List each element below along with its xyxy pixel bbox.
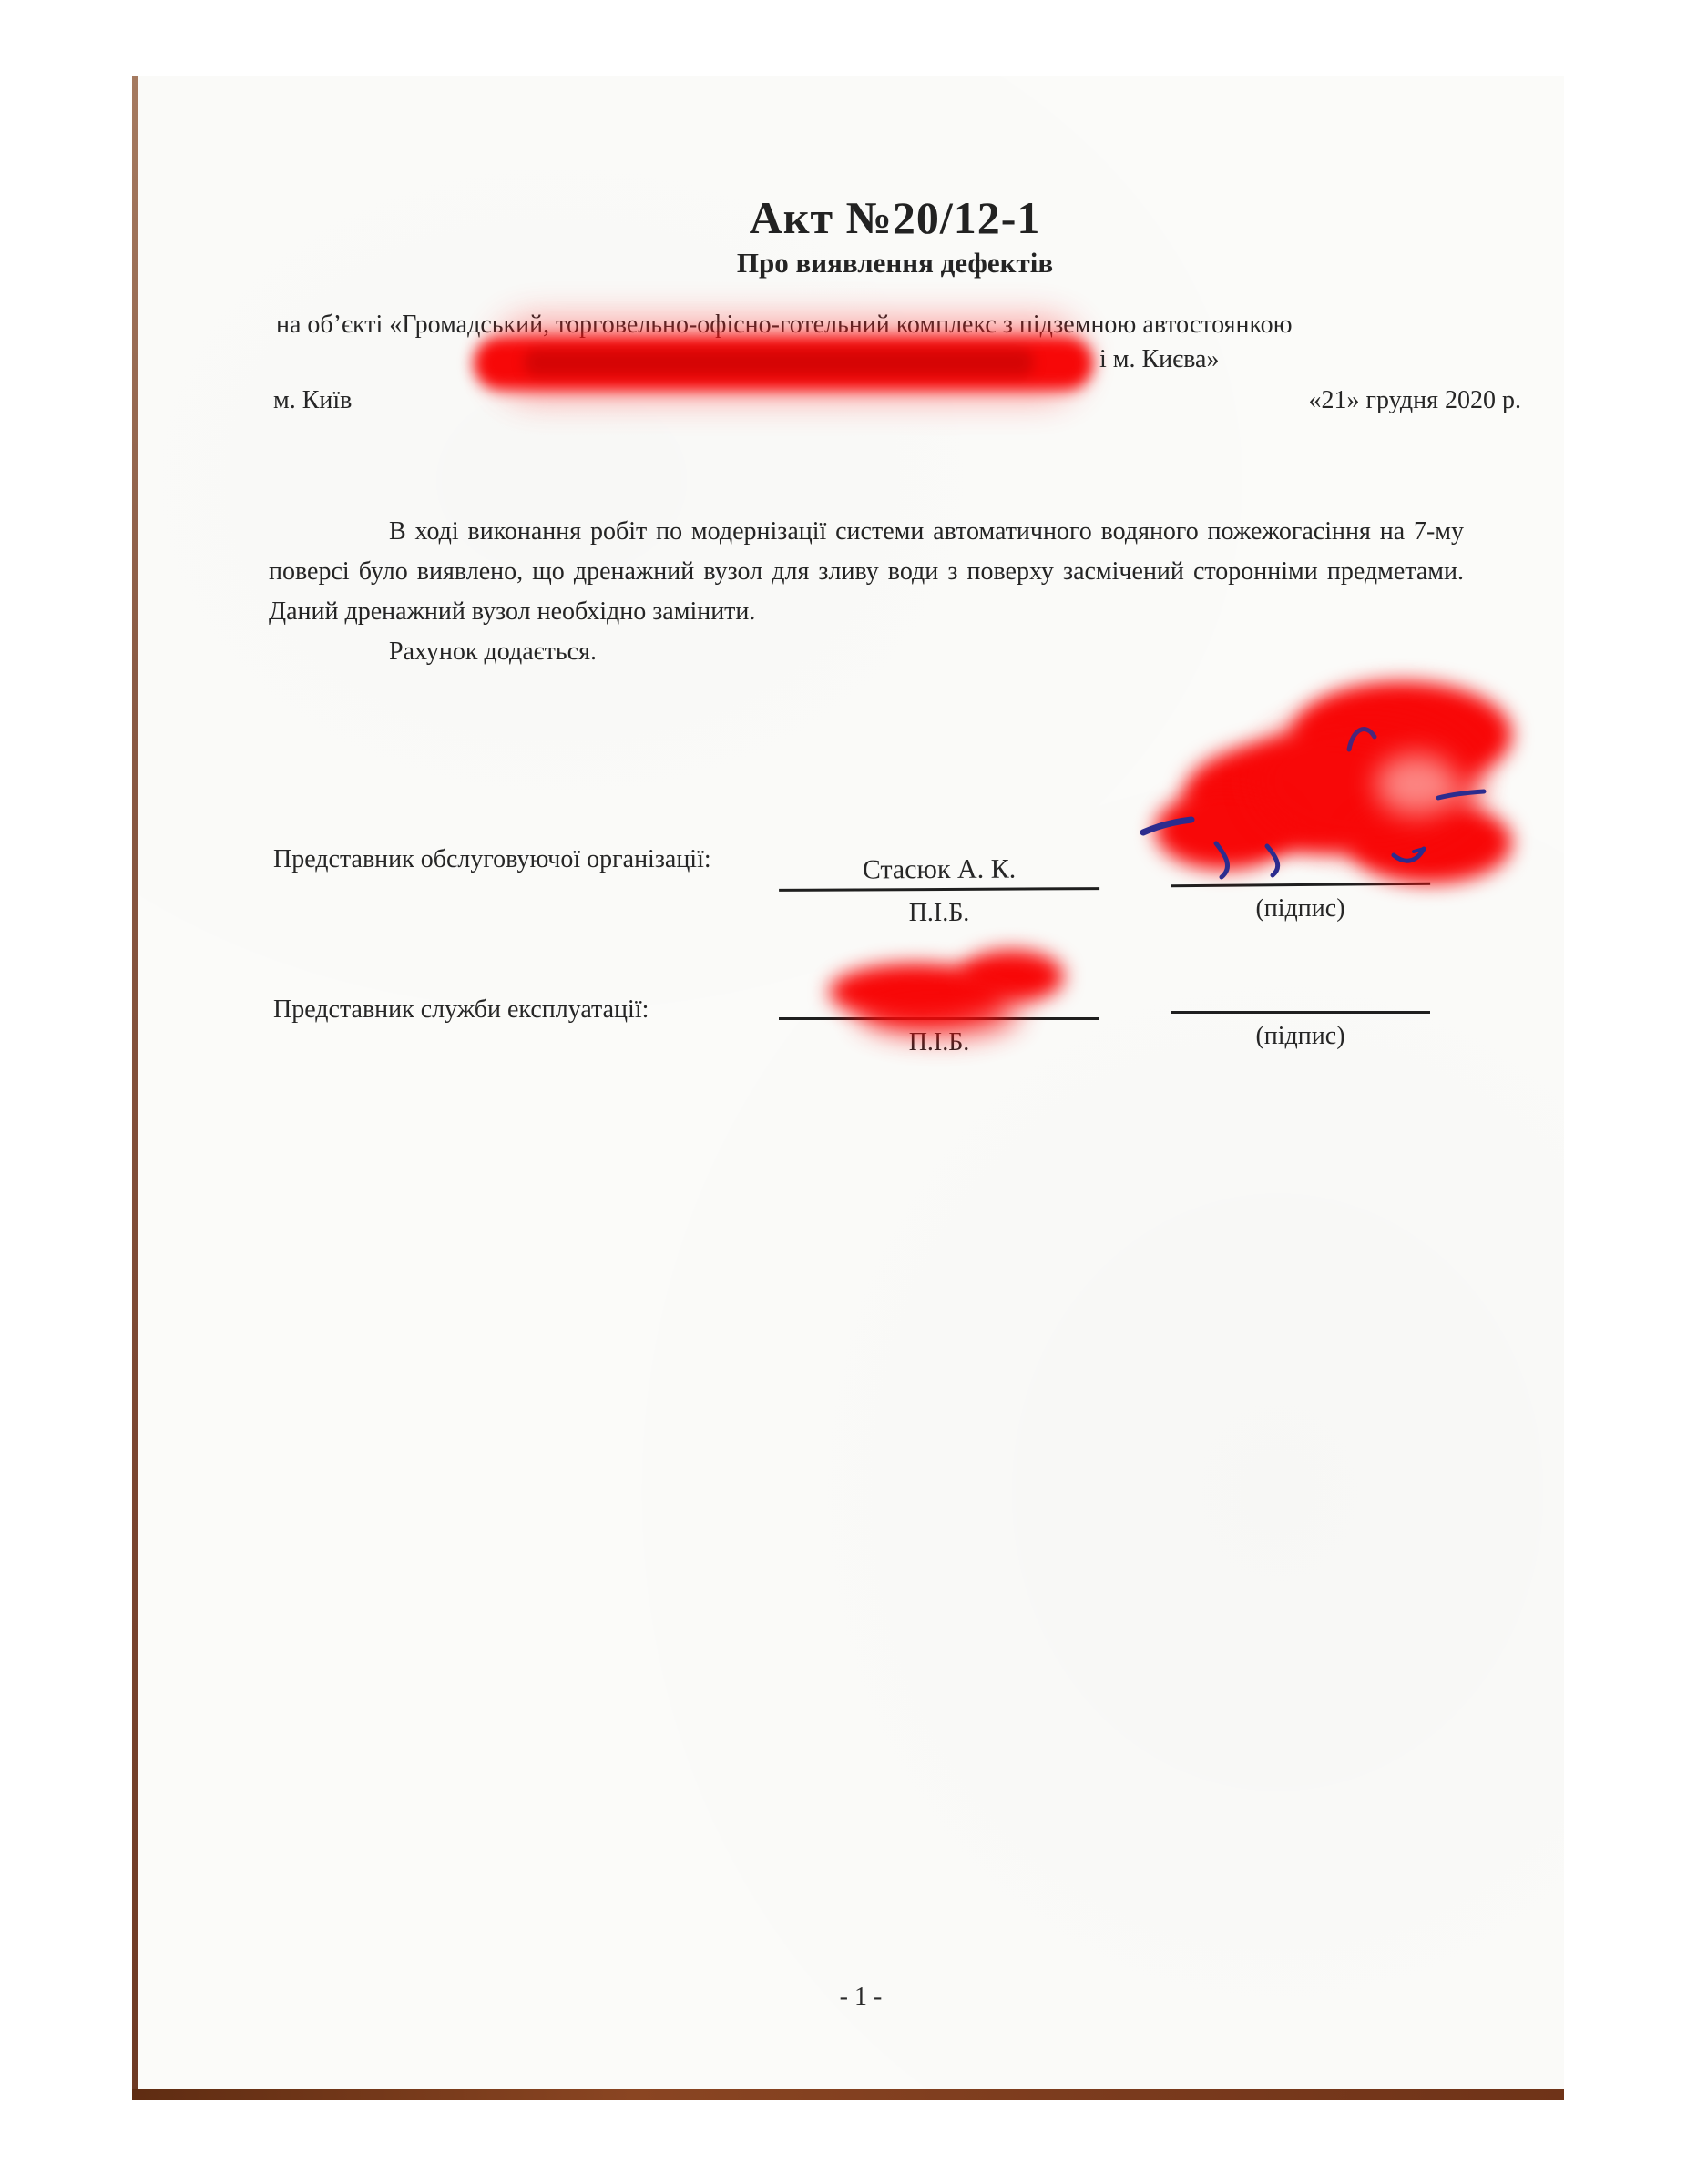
date-label: «21» грудня 2020 р. [1309, 386, 1521, 415]
redaction-address-smudge [524, 349, 1034, 376]
redaction-address-bar [474, 337, 1093, 390]
body-text: В ході виконання робіт по модернізації с… [269, 512, 1464, 672]
city-date-row: м. Київ «21» грудня 2020 р. [273, 386, 1521, 415]
signature-caption-1: (підпис) [1171, 894, 1430, 924]
signatory-role-2: Представник служби експлуатації: [273, 995, 649, 1025]
signatory-name-cell-2: П.І.Б. [779, 981, 1099, 1057]
signature-caption-2: (підпис) [1171, 1022, 1430, 1051]
redaction-light-spot [1375, 754, 1457, 815]
document-content: Акт №20/12-1 Про виявлення дефектів на о… [269, 76, 1521, 2099]
signatory-role-1: Представник обслуговуючої організації: [273, 845, 711, 874]
signature-cell-1: (підпис) [1171, 854, 1430, 924]
signature-underline-1 [1171, 853, 1430, 887]
address-visible-text: і м. Києва» [1099, 345, 1219, 374]
signature-cell-2: (підпис) [1171, 982, 1430, 1051]
body-paragraph: В ході виконання робіт по модернізації с… [269, 512, 1464, 632]
document-title: Акт №20/12-1 [269, 191, 1521, 244]
signatory-name-2 [779, 981, 1099, 1020]
signature-underline-2 [1171, 982, 1430, 1014]
signatory-name-cell-1: Стасюк А. К. П.І.Б. [779, 852, 1099, 928]
signatory-name-1: Стасюк А. К. [779, 851, 1099, 892]
body-note: Рахунок додається. [269, 632, 1464, 672]
city-label: м. Київ [273, 386, 352, 415]
name-caption-1: П.І.Б. [779, 899, 1099, 928]
scanned-page: Акт №20/12-1 Про виявлення дефектів на о… [132, 76, 1564, 2099]
address-line: і м. Києва» [269, 76, 1521, 531]
object-description-line: на об’єкті «Громадський, торговельно-офі… [276, 311, 1293, 340]
paper-edge-left [132, 76, 138, 2099]
document-subtitle: Про виявлення дефектів [269, 247, 1521, 280]
name-caption-2: П.І.Б. [779, 1028, 1099, 1057]
page-number: - 1 - [269, 1983, 1453, 2012]
